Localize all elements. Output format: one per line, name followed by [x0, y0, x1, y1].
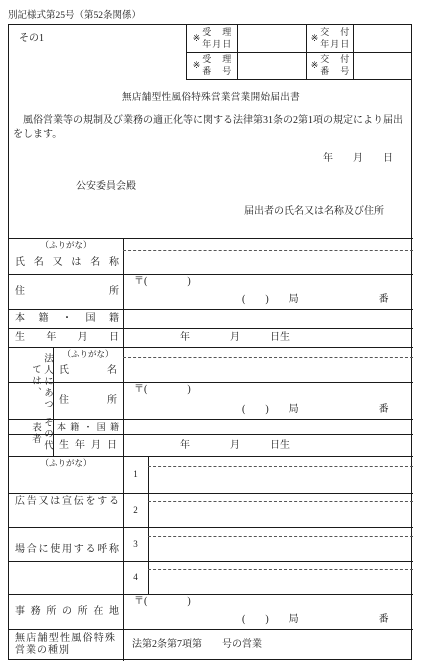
date-line[interactable]: 年 月 日	[9, 153, 393, 165]
form-title: 無店舗型性風俗特殊営業営業開始届出書	[9, 89, 413, 103]
domicile-label: 本籍・国籍	[15, 313, 119, 325]
ad-label-line2: 場合に使用する呼称	[15, 544, 119, 556]
ad-name-field-1[interactable]	[149, 457, 413, 492]
office-address-field[interactable]: 〒( ) ( ) 局 番	[124, 595, 413, 628]
ad-name-field-3[interactable]	[149, 528, 413, 560]
birth-field[interactable]: 年 月 日生	[124, 332, 413, 347]
reference-mark-icon: ※	[193, 60, 201, 72]
rep-furigana-label: （ふりがな）	[53, 349, 123, 359]
birth-label: 生年月日	[15, 332, 119, 344]
birth-template: 年 月 日生	[180, 440, 290, 451]
address-field[interactable]: 〒( ) ( ) 局 番	[124, 275, 413, 308]
phone-template: ( ) 局 番	[124, 294, 413, 306]
issue-number-label: ※ 交付番号	[307, 52, 353, 79]
form-outer-box: その1 ※ 受理年月日 ※ 交付年月日 ※ 受理番号 ※ 交付番号 無店舗型性風	[8, 24, 412, 660]
ad-row-number-2: 2	[123, 505, 148, 515]
declaration-text: 風俗営業等の規制及び業務の適正化等に関する法律第31条の2第1項の規定により届出…	[13, 114, 411, 141]
receipt-number-field[interactable]	[238, 53, 305, 78]
ad-row-number-4: 4	[123, 572, 148, 582]
rep-side-note: 法人にあつては、その代表者	[9, 349, 53, 454]
form-sheet: 別記様式第25号（第52条関係） その1 ※ 受理年月日 ※ 交付年月日 ※ 受…	[0, 0, 421, 669]
business-type-template: 法第2条第7項第 号の営業	[132, 639, 262, 651]
issue-number-field[interactable]	[354, 53, 412, 78]
ad-row-number-1: 1	[123, 469, 148, 479]
receipt-number-label: ※ 受理番号	[187, 52, 237, 79]
reference-mark-icon: ※	[311, 33, 319, 45]
postal-template: 〒( )	[124, 384, 413, 396]
domicile-field[interactable]	[124, 310, 413, 327]
name-label: 氏名又は名称	[15, 257, 119, 269]
reference-mark-icon: ※	[193, 33, 201, 45]
office-label: 事務所の所在地	[15, 606, 119, 618]
address-label: 住所	[15, 286, 119, 298]
birth-template: 年 月 日生	[180, 332, 290, 343]
business-type-label-line1: 無店舗型性風俗特殊	[15, 633, 115, 645]
grid-line	[53, 347, 54, 456]
ad-name-field-4[interactable]	[149, 562, 413, 593]
phone-template: ( ) 局 番	[124, 404, 413, 416]
rep-domicile-label: 本籍・国籍	[57, 422, 119, 433]
issue-date-field[interactable]	[354, 26, 412, 51]
business-type-field[interactable]: 法第2条第7項第 号の営業	[124, 630, 413, 660]
reference-mark-icon: ※	[311, 60, 319, 72]
name-field[interactable]	[124, 239, 413, 273]
receipt-date-label: ※ 受理年月日	[187, 25, 237, 52]
rep-address-label: 住所	[59, 395, 117, 407]
rep-name-label: 氏名	[59, 365, 117, 377]
rep-name-field[interactable]	[124, 348, 413, 381]
postal-template: 〒( )	[124, 276, 413, 288]
sheet-number: その1	[19, 33, 44, 45]
phone-template: ( ) 局 番	[124, 614, 413, 626]
ad-name-field-2[interactable]	[149, 494, 413, 526]
rep-birth-field[interactable]: 年 月 日生	[124, 440, 413, 455]
business-type-label-line2: 営業の種別	[15, 645, 70, 657]
form-reference: 別記様式第25号（第52条関係）	[8, 11, 141, 22]
postal-template: 〒( )	[124, 596, 413, 608]
signer-note: 届出者の氏名又は名称及び住所	[244, 206, 384, 218]
rep-birth-label: 生年月日	[59, 440, 117, 452]
ad-furigana-label: （ふりがな）	[9, 458, 123, 468]
rep-domicile-field[interactable]	[124, 420, 413, 433]
furigana-label: （ふりがな）	[9, 240, 123, 250]
addressee-label: 公安委員会殿	[76, 181, 136, 193]
rep-address-field[interactable]: 〒( ) ( ) 局 番	[124, 383, 413, 418]
receipt-date-field[interactable]	[238, 26, 305, 51]
grid-line	[9, 434, 413, 435]
ad-row-number-3: 3	[123, 539, 148, 549]
issue-date-label: ※ 交付年月日	[307, 25, 353, 52]
ad-label-line1: 広告又は宣伝をする	[15, 496, 119, 508]
grid-line	[186, 79, 412, 80]
grid-line	[9, 328, 413, 329]
